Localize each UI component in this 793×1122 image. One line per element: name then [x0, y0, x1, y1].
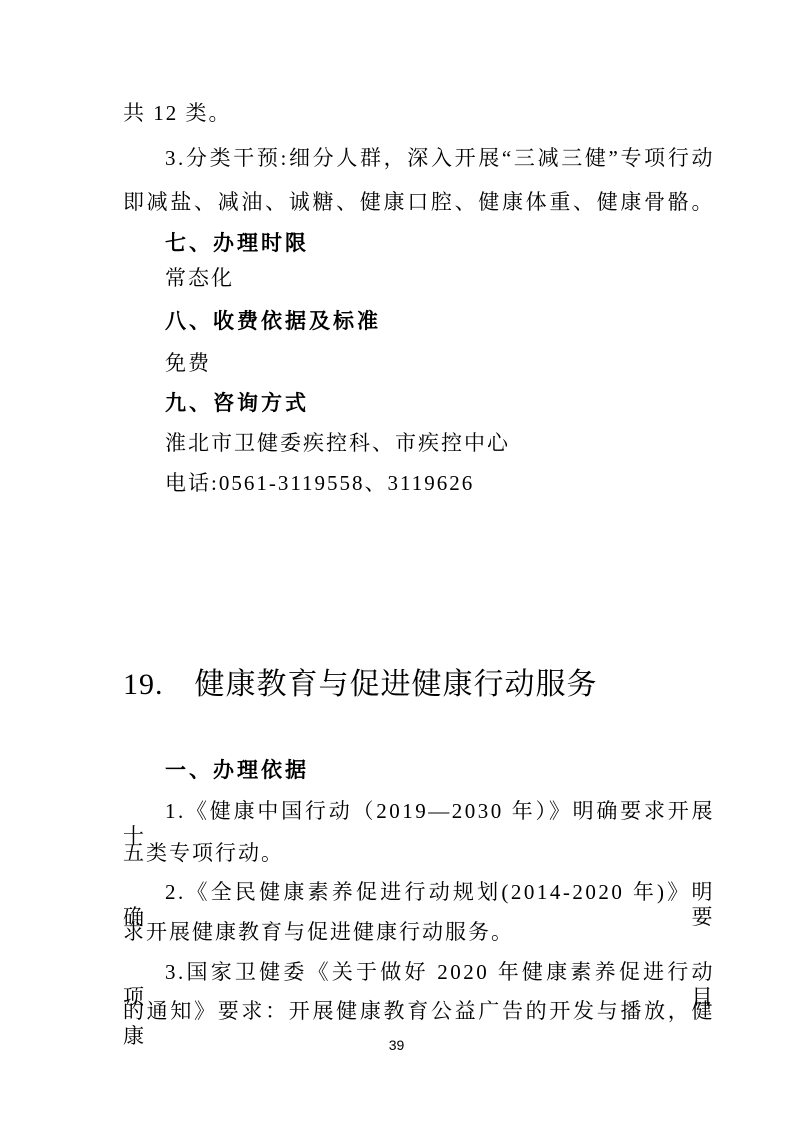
paragraph-line: 五类专项行动。 — [123, 841, 715, 866]
chapter-title: 19. 健康教育与促进健康行动服务 — [123, 666, 715, 704]
paragraph-line: 淮北市卫健委疾控科、市疾控中心 — [123, 431, 715, 456]
paragraph-line: 常态化 — [123, 266, 715, 291]
page-number: 39 — [0, 1037, 793, 1053]
paragraph-line: 3.分类干预:细分人群，深入开展“三减三健”专项行动 — [123, 146, 715, 171]
section-heading: 一、办理依据 — [123, 758, 715, 783]
paragraph-line: 求开展健康教育与促进健康行动服务。 — [123, 920, 715, 945]
section-heading: 八、收费依据及标准 — [123, 309, 715, 334]
paragraph-line: 免费 — [123, 351, 715, 376]
paragraph-line: 电话:0561-3119558、3119626 — [123, 471, 715, 496]
paragraph-line: 即减盐、减油、诚糖、健康口腔、健康体重、健康骨骼。 — [123, 190, 715, 215]
paragraph-line: 共 12 类。 — [123, 101, 715, 126]
section-heading: 九、咨询方式 — [123, 391, 715, 416]
section-heading: 七、办理时限 — [123, 231, 715, 256]
document-page: 共 12 类。 3.分类干预:细分人群，深入开展“三减三健”专项行动 即减盐、减… — [0, 0, 793, 1122]
